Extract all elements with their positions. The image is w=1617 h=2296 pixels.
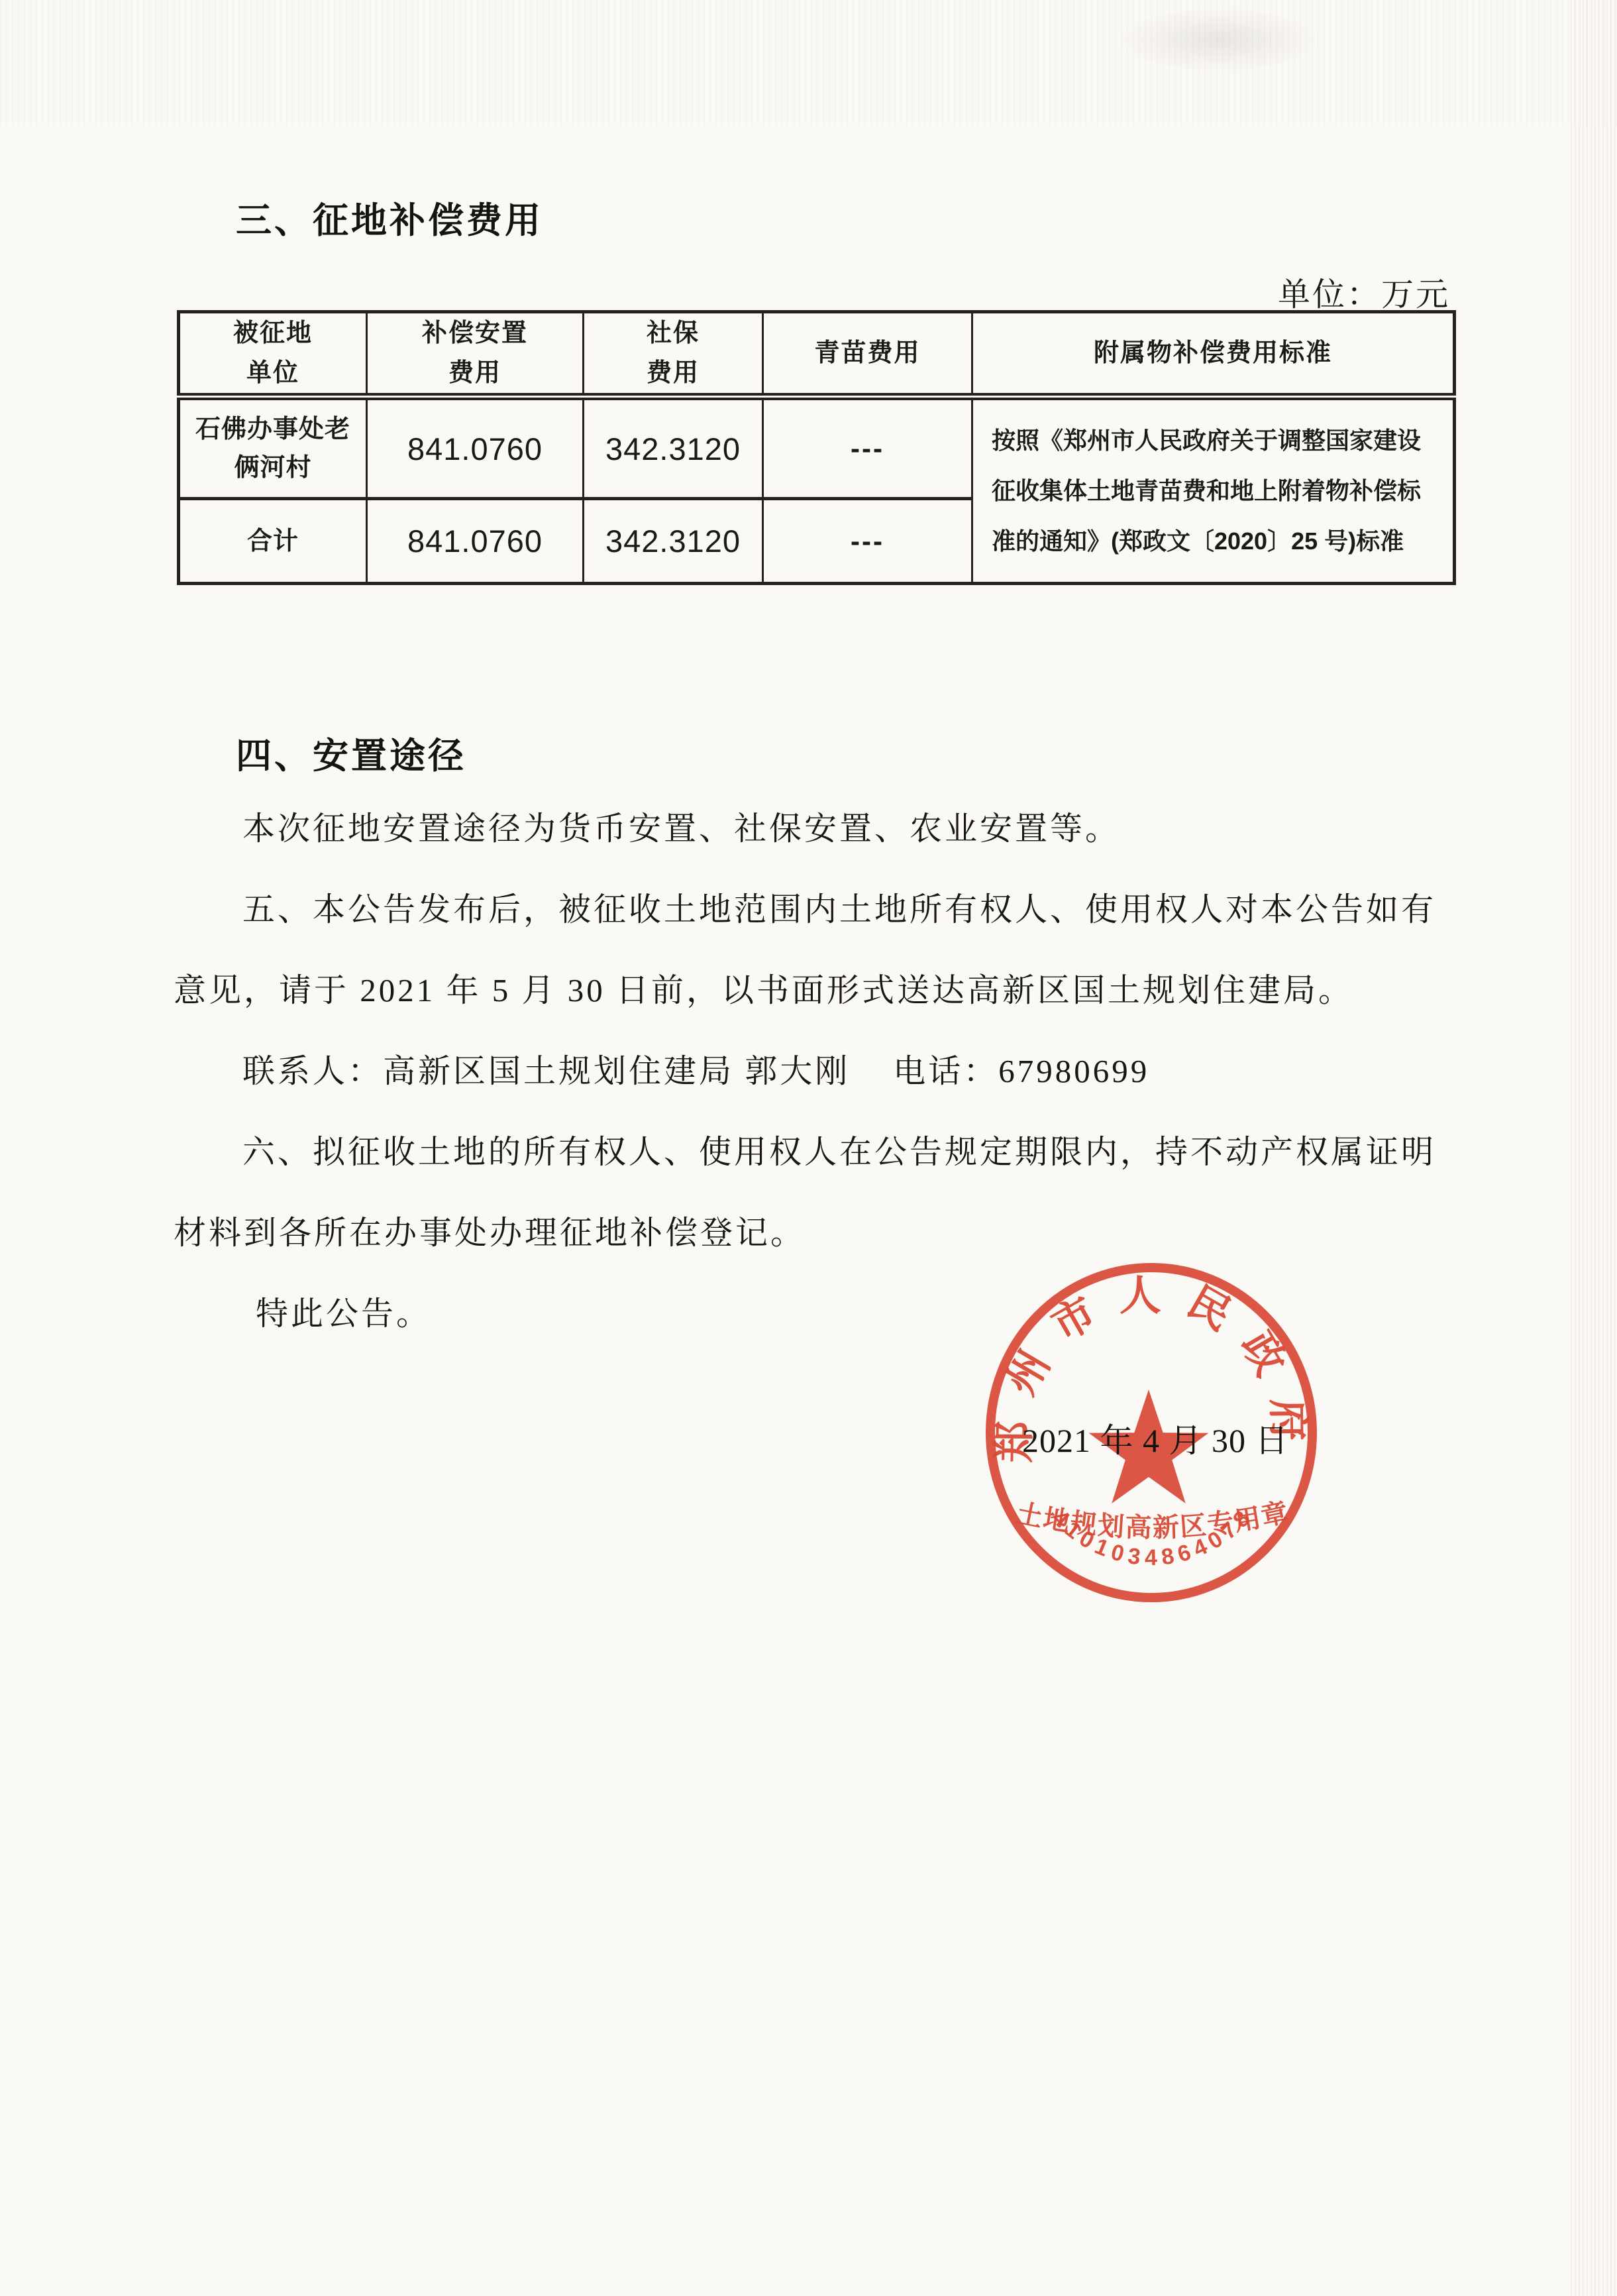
header-line: 补偿安置	[368, 313, 582, 353]
header-cell-social-security: 社保 费用	[584, 312, 763, 397]
header-line: 单位	[180, 353, 366, 393]
attachment-note-line: 按照《郑州市人民政府关于调整国家建设	[992, 415, 1441, 466]
village-name-line: 石佛办事处老	[180, 410, 366, 449]
paragraph-notice5-line2: 意见，请于 2021 年 5 月 30 日前，以书面形式送达高新区国土规划住建局…	[174, 965, 1353, 1011]
header-cell-seedling: 青苗费用	[763, 312, 972, 397]
cell-village-name: 石佛办事处老 俩河村	[179, 397, 367, 499]
unit-label: 单位：万元	[1278, 269, 1450, 315]
document-page: 三、征地补偿费用 单位：万元 被征地 单位 补偿安置 费用 社保 费用	[0, 0, 1617, 2296]
paragraph-notice6-line1: 六、拟征收土地的所有权人、使用权人在公告规定期限内，持不动产权属证明	[242, 1126, 1436, 1173]
section3-heading: 三、征地补偿费用	[236, 192, 543, 243]
header-cell-compensation: 补偿安置 费用	[367, 312, 584, 397]
header-line: 费用	[584, 353, 762, 393]
table-row: 石佛办事处老 俩河村 841.0760 342.3120 --- 按照《郑州市人…	[179, 397, 1455, 499]
cell-seedling-dash: ---	[763, 397, 972, 499]
header-cell-unit: 被征地 单位	[179, 312, 367, 397]
table-header-row: 被征地 单位 补偿安置 费用 社保 费用 青苗费用 附属物补偿费用标准	[179, 312, 1455, 397]
section4-heading: 四、安置途径	[236, 728, 466, 779]
paragraph-closing: 特此公告。	[256, 1288, 431, 1335]
cell-social-security-amount: 342.3120	[584, 397, 763, 499]
scan-noise-right-edge	[1571, 0, 1617, 2296]
header-line: 被征地	[180, 313, 366, 353]
cell-total-label: 合计	[179, 499, 367, 584]
cell-compensation-amount: 841.0760	[367, 397, 584, 499]
header-cell-attachment: 附属物补偿费用标准	[972, 312, 1455, 397]
paragraph-placement: 本次征地安置途径为货币安置、社保安置、农业安置等。	[242, 803, 1120, 849]
attachment-note-line: 准的通知》(郑政文〔2020〕25 号)标准	[992, 516, 1441, 567]
issue-date: 2021 年 4 月 30 日	[1022, 1414, 1289, 1462]
scan-noise-top	[0, 0, 1617, 126]
compensation-table: 被征地 单位 补偿安置 费用 社保 费用 青苗费用 附属物补偿费用标准	[177, 310, 1456, 585]
attachment-note-cell: 按照《郑州市人民政府关于调整国家建设 征收集体土地青苗费和地上附着物补偿标 准的…	[972, 397, 1455, 584]
total-label-line: 合计	[180, 522, 366, 561]
cell-compensation-total: 841.0760	[367, 499, 584, 584]
header-line: 社保	[584, 313, 762, 353]
header-line: 青苗费用	[764, 333, 971, 373]
cell-seedling-dash: ---	[763, 499, 972, 584]
header-line: 费用	[368, 353, 582, 393]
cell-social-security-total: 342.3120	[584, 499, 763, 584]
attachment-note-line: 征收集体土地青苗费和地上附着物补偿标	[992, 466, 1441, 516]
paragraph-notice6-line2: 材料到各所在办事处办理征地补偿登记。	[174, 1207, 806, 1254]
paragraph-contact: 联系人：高新区国土规划住建局 郭大刚 电话：67980699	[242, 1046, 1149, 1092]
paragraph-notice5-line1: 五、本公告发布后，被征收土地范围内土地所有权人、使用权人对本公告如有	[242, 884, 1436, 930]
village-name-line: 俩河村	[180, 449, 366, 487]
header-line: 附属物补偿费用标准	[973, 333, 1453, 373]
